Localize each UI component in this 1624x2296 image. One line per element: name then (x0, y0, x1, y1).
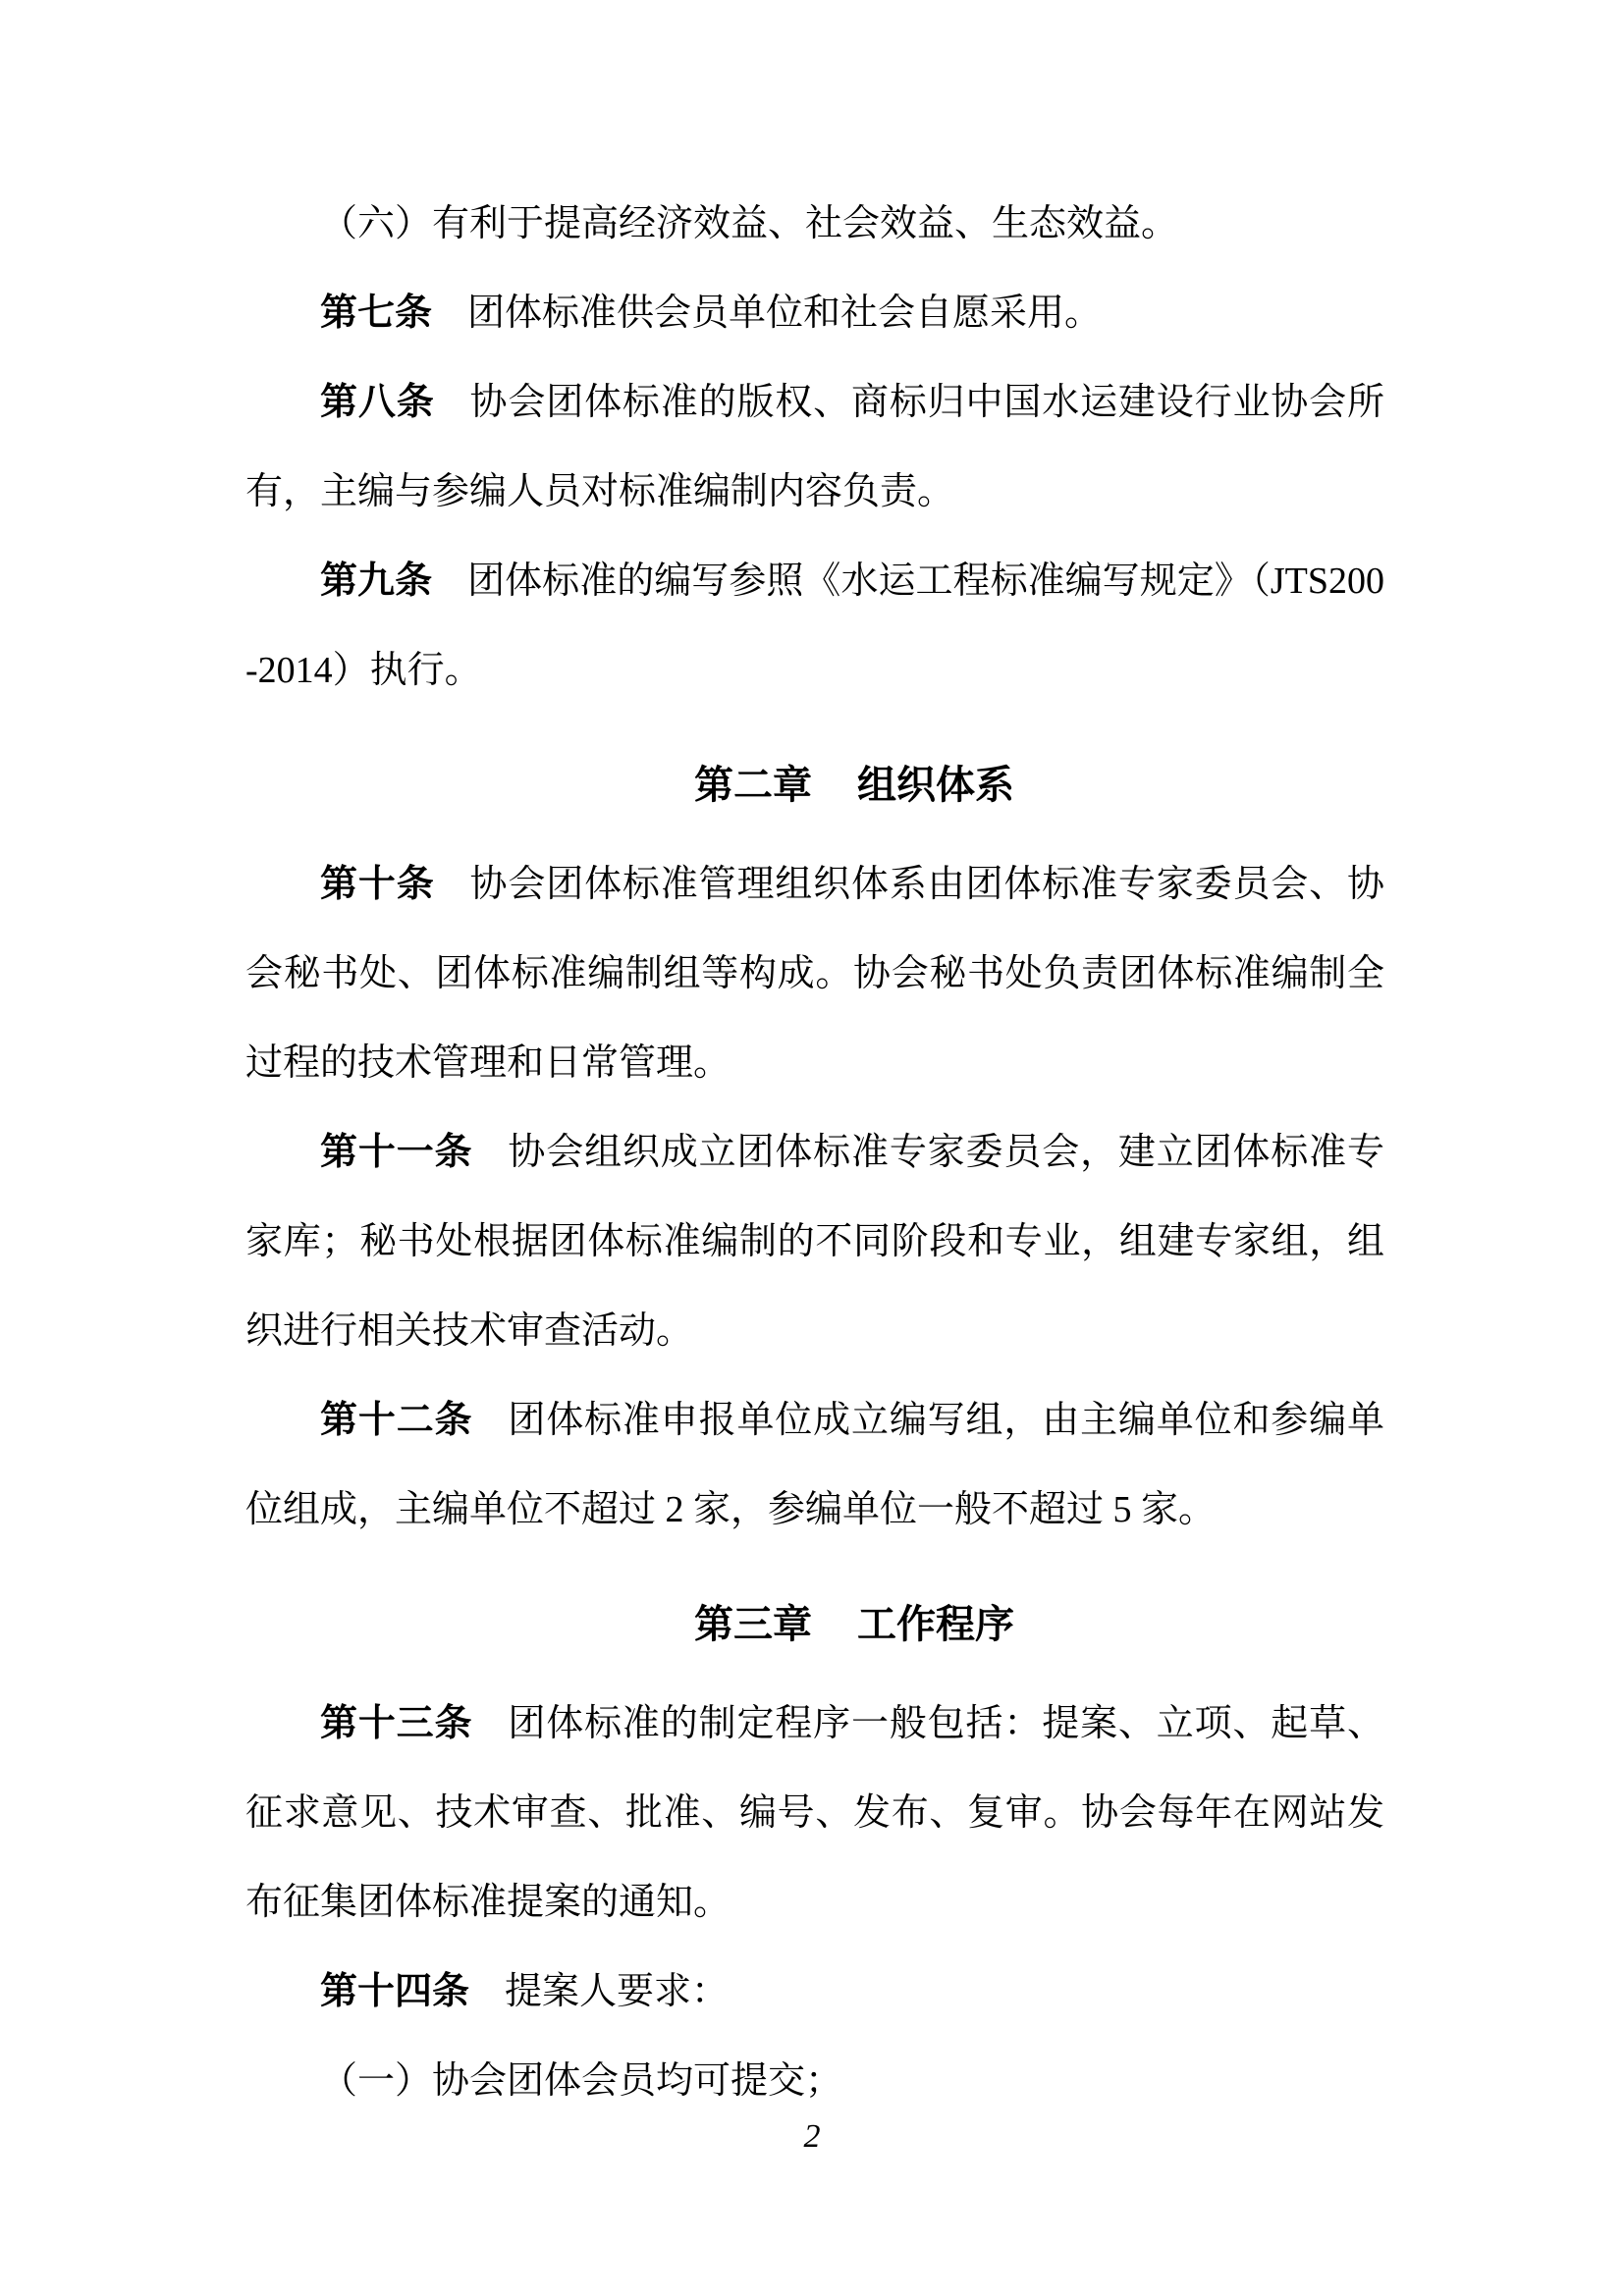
chapter-title: 工作程序 (857, 1603, 1014, 1646)
paragraph-text: （六）有利于提高经济效益、社会效益、生态效益。 (320, 203, 1178, 244)
document-body: （六）有利于提高经济效益、社会效益、生态效益。 第七条团体标准供会员单位和社会自… (245, 180, 1384, 2126)
article-number: 第十一条 (320, 1132, 472, 1173)
paragraph-text: 团体标准供会员单位和社会自愿采用。 (467, 293, 1102, 334)
article-number: 第八条 (320, 382, 435, 423)
article-number: 第十条 (320, 864, 435, 905)
paragraph-text: （一）协会团体会员均可提交； (320, 2060, 842, 2102)
article-number: 第十三条 (320, 1703, 472, 1744)
article-number: 第七条 (320, 293, 432, 334)
chapter-heading-3: 第三章工作程序 (245, 1580, 1384, 1670)
chapter-number: 第三章 (694, 1603, 812, 1646)
paragraph-text: 提案人要求： (505, 1971, 729, 2012)
paragraph-article-11: 第十一条协会组织成立团体标准专家委员会，建立团体标准专家库；秘书处根据团体标准编… (245, 1108, 1384, 1376)
chapter-title: 组织体系 (857, 764, 1014, 807)
paragraph-article-9: 第九条团体标准的编写参照《水运工程标准编写规定》（JTS200-2014）执行。 (245, 537, 1384, 716)
chapter-heading-2: 第二章组织体系 (245, 741, 1384, 830)
paragraph-article-12: 第十二条团体标准申报单位成立编写组，由主编单位和参编单位组成，主编单位不超过 2… (245, 1376, 1384, 1555)
article-number: 第十四条 (320, 1971, 469, 2012)
paragraph-article-8: 第八条协会团体标准的版权、商标归中国水运建设行业协会所有，主编与参编人员对标准编… (245, 358, 1384, 537)
paragraph-article-7: 第七条团体标准供会员单位和社会自愿采用。 (245, 269, 1384, 358)
article-number: 第九条 (320, 561, 432, 602)
page-number: 2 (0, 2112, 1624, 2162)
article-number: 第十二条 (320, 1400, 472, 1441)
chapter-number: 第二章 (694, 764, 812, 807)
paragraph-article-10: 第十条协会团体标准管理组织体系由团体标准专家委员会、协会秘书处、团体标准编制组等… (245, 840, 1384, 1108)
paragraph-article-13: 第十三条团体标准的制定程序一般包括：提案、立项、起草、征求意见、技术审查、批准、… (245, 1680, 1384, 1948)
document-page: （六）有利于提高经济效益、社会效益、生态效益。 第七条团体标准供会员单位和社会自… (0, 0, 1624, 2296)
paragraph-article-14: 第十四条提案人要求： (245, 1948, 1384, 2037)
paragraph-item-6: （六）有利于提高经济效益、社会效益、生态效益。 (245, 180, 1384, 269)
